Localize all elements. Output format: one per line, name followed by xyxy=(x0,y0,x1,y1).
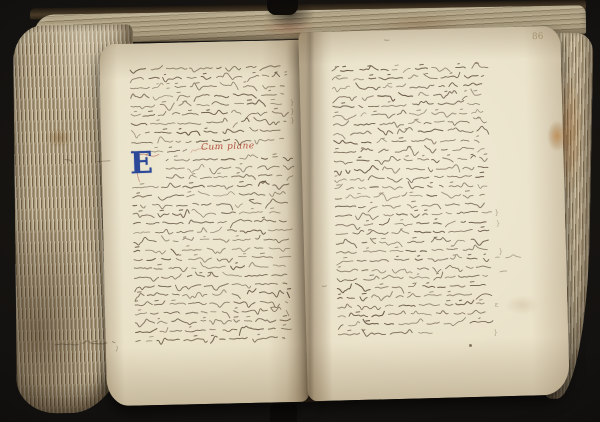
right-page xyxy=(298,26,570,402)
left-page xyxy=(99,40,310,407)
book-stand-post xyxy=(270,404,297,422)
folio-number: 86 xyxy=(532,32,544,42)
illuminated-initial: E xyxy=(129,149,153,180)
rubric-heading: Cum plane xyxy=(201,141,255,153)
manuscript-photo: }}} }}}ɛ} Cum plane E 86 xyxy=(0,0,600,422)
gutter-shadow xyxy=(286,32,332,402)
